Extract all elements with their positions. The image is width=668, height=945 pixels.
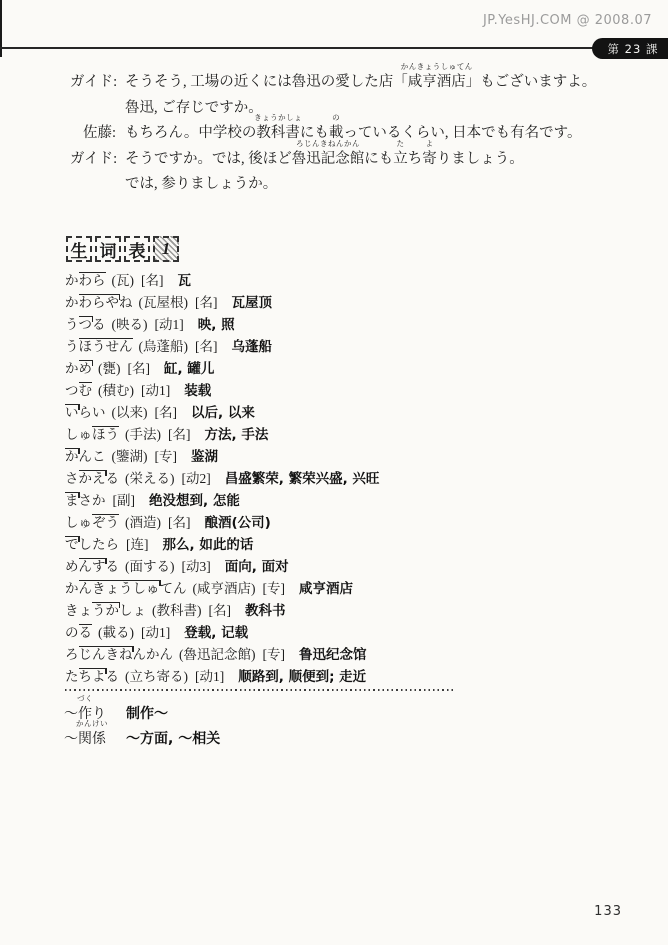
kana-segment: ま [65,492,79,508]
vocab-pos-tag: [动1] [195,669,224,684]
vocab-pos-tag: [动3] [182,559,211,574]
furigana-reading: かんけい [76,720,108,728]
kana-segment: わらや [79,294,120,310]
vocab-kana: うほうせん [65,338,133,354]
vocab-kana: しゅぞう [65,514,119,530]
vocab-title-number-box: 1 [153,236,179,262]
suffix-meaning: ～方面, ～相关 [126,731,220,747]
dialogue-text: そうですか。では, 後ほど魯迅記念館ろじんきねんかんにも立たち寄よりましょう。 [125,147,524,173]
kana-segment: わら [79,272,106,288]
vocab-kanji: (立ち寄る) [125,669,188,684]
vocab-pos-tag: [动1] [155,317,184,332]
vocab-kanji: (鑒湖) [112,449,148,464]
vocab-entry: たちよる(立ち寄る)[动1]顺路到, 顺便到; 走近 [65,666,379,688]
vocab-entry: めんする(面する)[动3]面向, 面对 [65,556,379,578]
vocab-pos-tag: [副] [113,493,136,508]
vocab-pos-tag: [名] [209,603,232,618]
vocab-pos-tag: [名] [168,427,191,442]
vocab-entry: かんきょうしゅてん(咸亨酒店)[专]咸亨酒店 [65,578,379,600]
vocab-meaning: 鉴湖 [191,449,218,465]
vocab-pos-tag: [专] [263,647,286,662]
vocab-kanji: (甕) [98,361,121,376]
scanned-textbook-page: JP.YesHJ.COM @ 2008.07 第 23 課 ガイド:そうそう, … [0,0,668,945]
vocab-meaning: 那么, 如此的话 [163,537,254,553]
vocab-kana: かわら [65,272,106,288]
furigana-reading: づく [77,695,93,703]
vocab-kanji: (瓦屋根) [139,295,189,310]
kana-segment: か [65,361,79,376]
vocab-kana: しゅほう [65,426,119,442]
furigana-word: 寄よ [422,147,437,173]
vocab-kanji: (酒造) [125,515,161,530]
vocab-meaning: 登载, 记载 [184,625,248,641]
vocab-kana: ろじんきねんかん [65,646,173,662]
furigana-reading: よ [426,140,434,148]
vocab-pos-tag: [名] [128,361,151,376]
dialogue-text: そうそう, 工場の近くには魯迅の愛した店「咸亨酒店かんきょうしゅてん」もございま… [125,70,596,96]
vocab-entry: ろじんきねんかん(魯迅記念館)[专]鲁迅纪念馆 [65,644,379,666]
kana-segment: んこ [79,449,106,464]
furigana-reading: かんきょうしゅてん [401,63,473,71]
vocab-entry: かわら(瓦)[名]瓦 [65,270,379,292]
vocab-title-char: 生 [71,237,88,262]
vocab-kana: かんこ [65,448,106,464]
kana-segment: か [65,295,79,310]
vocab-pos-tag: [名] [195,339,218,354]
kana-segment: の [65,625,79,640]
vocab-kanji: (面する) [125,559,175,574]
suffix-word: ～関係かんけい [64,732,106,747]
vocab-kana: きょうかしょ [65,602,146,618]
vocab-kana: さかえる [65,470,119,486]
vocab-pos-tag: [连] [126,537,149,552]
kana-segment: た [65,669,79,684]
vocab-kana: めんする [65,558,119,574]
vocab-pos-tag: [专] [155,449,178,464]
kana-segment: んす [79,558,106,574]
page-number: 133 [594,904,622,919]
vocab-entry: うほうせん(烏蓬船)[名]乌蓬船 [65,336,379,358]
speaker-label: ガイド: [70,147,116,173]
vocab-title-char: 词 [100,237,117,262]
vocab-meaning: 映, 照 [198,317,235,333]
kana-segment: したら [79,537,120,552]
furigana-reading: ろじんきねんかん [296,140,360,148]
vocab-pos-tag: [动1] [141,383,170,398]
vocab-title-char: 表 [129,237,146,262]
dialogue-line: では, 参りましょうか。 [70,172,645,198]
vocab-meaning: 酿酒(公司) [205,515,271,531]
vocab-kana: かわらやね [65,294,133,310]
vocab-kanji: (載る) [98,625,134,640]
vocab-meaning: 以后, 以来 [191,405,255,421]
kana-segment: る [92,317,106,332]
kana-segment: る [106,559,120,574]
suffix-list: ～作づくり制作～～関係かんけい～方面, ～相关 [64,702,220,752]
vocab-pos-tag: [专] [263,581,286,596]
kana-segment: う [65,317,79,332]
vocab-meaning: 绝没想到, 怎能 [149,493,240,509]
vocab-kanji: (映る) [112,317,148,332]
vocab-meaning: 瓦 [178,273,192,289]
lesson-number-tab: 第 23 課 [592,38,668,59]
vocab-kanji: (瓦) [112,273,135,288]
kana-segment: め [79,360,93,376]
kana-segment: きょ [65,603,92,618]
vocab-meaning: 瓦屋顶 [232,295,273,311]
vocab-meaning: 昌盛繁荣, 繁荣兴盛, 兴旺 [225,471,380,487]
kana-segment: る [79,624,93,640]
kana-segment: さか [79,493,106,508]
kana-segment: ほうせん [79,338,133,354]
vocab-kanji: (教科書) [152,603,202,618]
dialogue-line: ガイド:そうそう, 工場の近くには魯迅の愛した店「咸亨酒店かんきょうしゅてん」も… [70,70,645,96]
vocab-entry: いらい(以来)[名]以后, 以来 [65,402,379,424]
furigana-word: 魯迅記念館ろじんきねんかん [292,147,365,173]
kana-segment: い [65,404,79,420]
vocab-kana: うつる [65,316,106,332]
vocab-entry: かめ(甕)[名]缸, 罐儿 [65,358,379,380]
vocab-pos-tag: [名] [141,273,164,288]
vocab-list: かわら(瓦)[名]瓦かわらやね(瓦屋根)[名]瓦屋顶うつる(映る)[动1]映, … [65,270,379,688]
vocab-entry: しゅほう(手法)[名]方法, 手法 [65,424,379,446]
vocab-title: 生词表1 [66,236,179,262]
kana-segment: る [106,471,120,486]
vocab-meaning: 方法, 手法 [205,427,269,443]
kana-segment: てん [160,581,187,596]
vocab-kanji: (栄える) [125,471,175,486]
kana-segment: つ [65,383,79,398]
speaker-label [70,172,116,198]
speaker-label [70,96,116,122]
speaker-label: 佐藤: [70,121,116,147]
dialogue-text: 魯迅, ご存じですか。 [125,96,263,122]
dialogue-line: 魯迅, ご存じですか。 [70,96,645,122]
vocab-pos-tag: [动2] [182,471,211,486]
kana-segment: で [65,536,79,552]
vocab-meaning: 教科书 [245,603,286,619]
vocab-pos-tag: [名] [168,515,191,530]
vocab-entry: かわらやね(瓦屋根)[名]瓦屋顶 [65,292,379,314]
vocab-kana: いらい [65,404,106,420]
dialogue-text: では, 参りましょうか。 [125,172,277,198]
dialogue-block: ガイド:そうそう, 工場の近くには魯迅の愛した店「咸亨酒店かんきょうしゅてん」も… [70,70,645,198]
vocab-entry: つむ(積む)[动1]装载 [65,380,379,402]
vocab-entry: でしたら[连]那么, 如此的话 [65,534,379,556]
vocab-entry: うつる(映る)[动1]映, 照 [65,314,379,336]
vocab-kana: かんきょうしゅてん [65,580,187,596]
kana-segment: しゅ [65,427,92,442]
kana-segment: ろ [65,647,79,662]
furigana-word: 咸亨酒店かんきょうしゅてん [408,70,466,96]
kana-segment: かえ [79,470,106,486]
vocab-title-char-box: 生 [66,236,92,262]
kana-segment: る [106,669,120,684]
vocab-kana: まさか [65,492,106,508]
watermark-text: JP.YesHJ.COM @ 2008.07 [483,13,652,28]
vocab-entry: かんこ(鑒湖)[专]鉴湖 [65,446,379,468]
vocab-kanji: (咸亨酒店) [193,581,256,596]
vocab-entry: まさか[副]绝没想到, 怎能 [65,490,379,512]
vocab-kana: でしたら [65,536,119,552]
vocab-title-number: 1 [162,239,171,259]
vocab-meaning: 咸亨酒店 [299,581,353,597]
vocab-meaning: 顺路到, 顺便到; 走近 [238,669,366,685]
kana-segment: らい [79,405,106,420]
kana-segment: む [79,382,93,398]
vocab-kanji: (以来) [112,405,148,420]
kana-segment: う [65,339,79,354]
kana-segment: うか [92,602,119,618]
vocab-meaning: 面向, 面对 [225,559,289,575]
furigana-reading: の [332,114,340,122]
vocab-kanji: (積む) [98,383,134,398]
vocab-entry: さかえる(栄える)[动2]昌盛繁荣, 繁荣兴盛, 兴旺 [65,468,379,490]
furigana-reading: きょうかしょ [254,114,302,122]
vocab-entry: のる(載る)[动1]登载, 记载 [65,622,379,644]
kana-segment: しゅ [65,515,92,530]
header-divider [0,47,668,49]
vocab-pos-tag: [动1] [141,625,170,640]
kana-segment: か [65,448,79,464]
dotted-separator [65,689,455,691]
kana-segment: か [65,273,79,288]
suffix-meaning: 制作～ [126,706,168,722]
vocab-entry: きょうかしょ(教科書)[名]教科书 [65,600,379,622]
kana-segment: んきょうしゅ [79,580,160,596]
kana-segment: ぞう [92,514,119,530]
vocab-entry: しゅぞう(酒造)[名]酿酒(公司) [65,512,379,534]
vocab-kana: つむ [65,382,92,398]
vocab-pos-tag: [名] [195,295,218,310]
kana-segment: じんきね [79,646,133,662]
vocab-kanji: (魯迅記念館) [179,647,256,662]
kana-segment: か [65,581,79,596]
vocab-title-char-box: 表 [124,236,150,262]
kana-segment: ね [119,295,133,310]
vocab-title-char-box: 词 [95,236,121,262]
suffix-entry: ～関係かんけい～方面, ～相关 [64,727,220,752]
vocab-meaning: 缸, 罐儿 [164,361,214,377]
furigana-word: 関係かんけい [78,727,106,752]
vocab-meaning: 鲁迅纪念馆 [299,647,367,663]
dialogue-line: ガイド:そうですか。では, 後ほど魯迅記念館ろじんきねんかんにも立たち寄よりまし… [70,147,645,173]
kana-segment: しょ [119,603,146,618]
kana-segment: つ [79,316,93,332]
kana-segment: め [65,559,79,574]
kana-segment: んかん [133,647,174,662]
speaker-label: ガイド: [70,70,116,96]
furigana-reading: た [397,140,405,148]
vocab-kanji: (烏蓬船) [139,339,189,354]
kana-segment: ちよ [79,668,106,684]
kana-segment: ほう [92,426,119,442]
furigana-word: 立た [393,147,408,173]
vocab-kanji: (手法) [125,427,161,442]
vocab-kana: たちよる [65,668,119,684]
vocab-pos-tag: [名] [155,405,178,420]
vocab-meaning: 装载 [184,383,211,399]
vocab-meaning: 乌蓬船 [232,339,273,355]
furigana-word: 教科書きょうかしょ [256,121,300,147]
vocab-kana: かめ [65,360,92,376]
kana-segment: さ [65,471,79,486]
vocab-kana: のる [65,624,92,640]
